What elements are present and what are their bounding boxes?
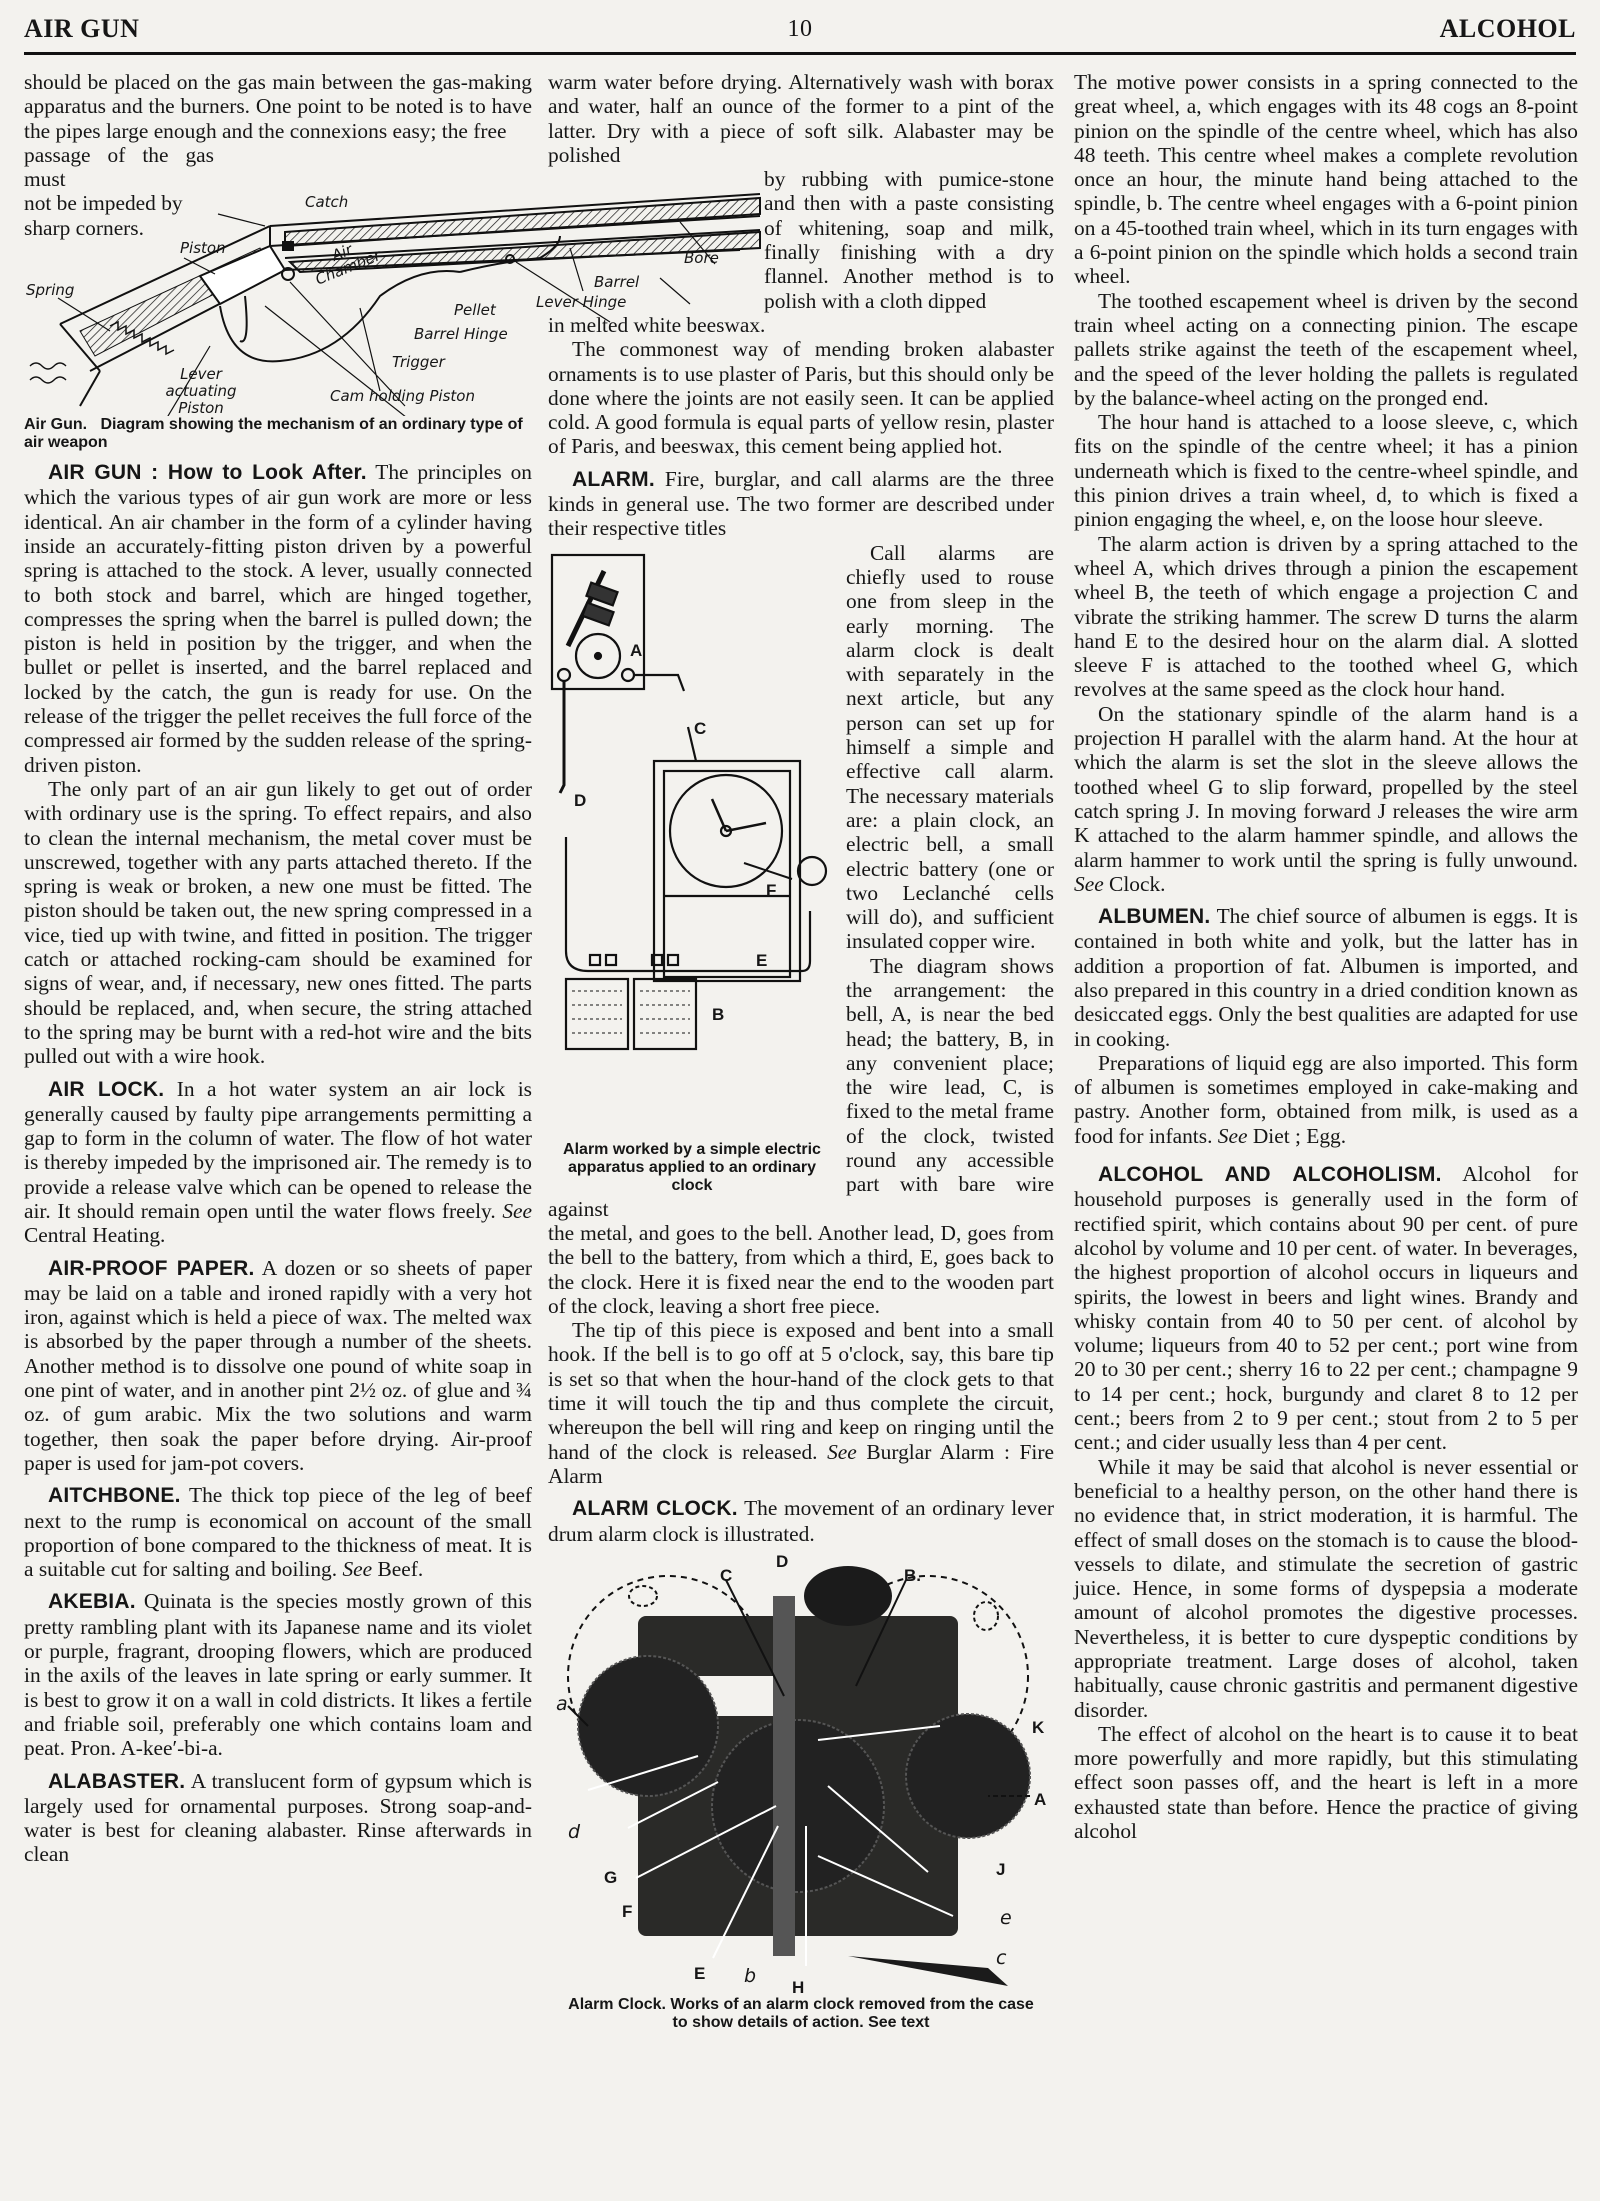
- entry-air-gun: AIR GUN : How to Look After. The princip…: [24, 460, 532, 777]
- label-H: H: [792, 1976, 804, 2000]
- alarm-clock-para-5: On the stationary spindle of the alarm h…: [1074, 702, 1578, 896]
- call-alarm-diagram-icon: [548, 541, 838, 1141]
- entry-air-lock: AIR LOCK. In a hot water system an air l…: [24, 1077, 532, 1248]
- entry-aitchbone: AITCHBONE. The thick top piece of the le…: [24, 1483, 532, 1581]
- entry-alarm: ALARM. Fire, burglar, and call alarms ar…: [548, 467, 1054, 541]
- label-B: B: [712, 1003, 724, 1027]
- label-J: J: [996, 1858, 1005, 1882]
- column-2: warm water before drying. Alternatively …: [548, 70, 1054, 2032]
- label-piston: Piston: [180, 236, 226, 260]
- headword: ALARM.: [572, 468, 655, 491]
- label-C: C: [720, 1564, 732, 1588]
- label-E: E: [694, 1962, 705, 1986]
- call-alarm-caption: Alarm worked by a simple electric appara…: [548, 1141, 836, 1195]
- headword: ALABASTER.: [48, 1770, 185, 1793]
- entry-akebia: AKEBIA. Quinata is the species mostly gr…: [24, 1589, 532, 1760]
- alarm-clock-para-4: The alarm action is driven by a spring a…: [1074, 532, 1578, 702]
- alabaster-continued-3: in melted white beeswax.: [548, 313, 1054, 337]
- label-A: A: [1034, 1788, 1046, 1812]
- entry-air-gun-para-2: The only part of an air gun likely to ge…: [24, 777, 532, 1069]
- label-catch: Catch: [305, 190, 348, 214]
- page-number: 10: [24, 16, 1576, 43]
- headword: AIR LOCK.: [48, 1078, 164, 1101]
- label-spring: Spring: [26, 278, 74, 302]
- alarm-clock-para-1: The motive power consists in a spring co…: [1074, 70, 1578, 289]
- alarm-clock-para-2: The toothed escapement wheel is driven b…: [1074, 289, 1578, 410]
- entry-alarm-clock: ALARM CLOCK. The movement of an ordinary…: [548, 1496, 1054, 1546]
- alarm-clock-figure: D C B. a K A d G J F e c E b H: [548, 1556, 1054, 1996]
- label-b: b: [744, 1964, 756, 1988]
- label-c: c: [996, 1946, 1006, 1970]
- label-d: d: [568, 1820, 580, 1844]
- label-E: E: [756, 949, 767, 973]
- label-a: a: [556, 1692, 568, 1716]
- label-K: K: [1032, 1716, 1044, 1740]
- running-head: AIR GUN 10 ALCOHOL: [24, 14, 1576, 50]
- entry-alcohol-and-alcoholism: ALCOHOL AND ALCOHOLISM. Alcohol for hous…: [1074, 1162, 1578, 1455]
- label-cam-holding-piston: Cam holding Piston: [330, 384, 475, 408]
- label-G: G: [604, 1866, 617, 1890]
- alarm-clock-para-3: The hour hand is attached to a loose sle…: [1074, 410, 1578, 531]
- albumen-para-2: Preparations of liquid egg are also impo…: [1074, 1051, 1578, 1148]
- label-trigger: Trigger: [392, 350, 445, 374]
- entry-alabaster: ALABASTER. A translucent form of gypsum …: [24, 1769, 532, 1867]
- column-1: should be placed on the gas main between…: [24, 70, 532, 1867]
- label-D: D: [574, 789, 586, 813]
- headword: AIR-PROOF PAPER.: [48, 1257, 255, 1280]
- alarm-para-5: The tip of this piece is exposed and ben…: [548, 1318, 1054, 1488]
- alarm-para-4: the metal, and goes to the bell. Another…: [548, 1221, 1054, 1318]
- label-C: C: [694, 717, 706, 741]
- headword: AITCHBONE.: [48, 1484, 181, 1507]
- entry-albumen: ALBUMEN. The chief source of albumen is …: [1074, 904, 1578, 1051]
- label-pellet: Pellet: [454, 298, 496, 322]
- headword: ALBUMEN.: [1098, 905, 1210, 928]
- label-F: F: [766, 879, 776, 903]
- continued-text: should be placed on the gas main between…: [24, 70, 532, 143]
- air-gun-caption: Air Gun. Diagram showing the mechanism o…: [24, 416, 532, 452]
- headword: AIR GUN : How to Look After.: [48, 461, 367, 484]
- alcohol-para-3: The effect of alcohol on the heart is to…: [1074, 1722, 1578, 1843]
- headword: ALARM CLOCK.: [572, 1497, 738, 1520]
- label-e: e: [1000, 1906, 1012, 1930]
- alarm-clock-caption: Alarm Clock. Works of an alarm clock rem…: [548, 1996, 1054, 2032]
- headword: AKEBIA.: [48, 1590, 136, 1613]
- label-D: D: [776, 1550, 788, 1574]
- alabaster-continued-4: The commonest way of mending broken alab…: [548, 337, 1054, 458]
- alcohol-para-2: While it may be said that alcohol is nev…: [1074, 1455, 1578, 1722]
- label-A: A: [630, 639, 642, 663]
- call-alarm-figure: A C D F E B Alarm worked by a simple ele…: [548, 541, 838, 1195]
- alabaster-continued-2: by rubbing with pumice-stone and then wi…: [764, 167, 1054, 313]
- label-B: B.: [904, 1564, 921, 1588]
- label-barrel-hinge: Barrel Hinge: [414, 322, 508, 346]
- column-3: The motive power consists in a spring co…: [1074, 70, 1578, 1843]
- alabaster-continued: warm water before drying. Alternatively …: [548, 70, 1054, 167]
- label-F: F: [622, 1900, 632, 1924]
- alarm-figure-wrap: A C D F E B Alarm worked by a simple ele…: [548, 541, 1054, 1221]
- alarm-clock-works-icon: [548, 1556, 1054, 1996]
- header-right-guide-word: ALCOHOL: [1440, 14, 1576, 44]
- headword: ALCOHOL AND ALCOHOLISM.: [1098, 1163, 1442, 1186]
- label-lever-actuating-piston: Lever actuating Piston: [146, 366, 256, 417]
- entry-air-proof-paper: AIR-PROOF PAPER. A dozen or so sheets of…: [24, 1256, 532, 1476]
- header-rule: [24, 52, 1576, 55]
